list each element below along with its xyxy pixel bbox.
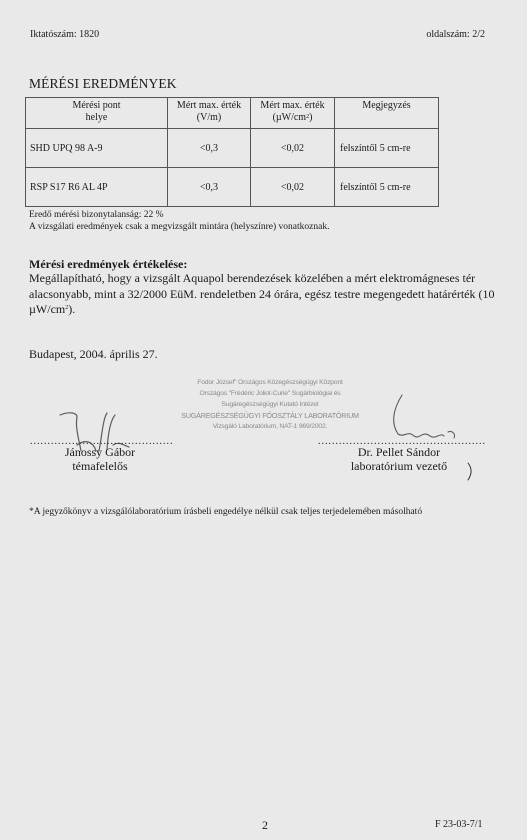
- place-and-date: Budapest, 2004. április 27.: [29, 347, 158, 362]
- uncertainty-text: Eredő mérési bizonytalanság: 22 %: [29, 209, 329, 221]
- section-title: MÉRÉSI EREDMÉNYEK: [29, 76, 177, 92]
- stamp-line: Országos "Frédéric Joliot-Curie" Sugárbi…: [170, 388, 370, 399]
- uncertainty-notes: Eredő mérési bizonytalanság: 22 % A vizs…: [29, 209, 329, 233]
- cell-power-density: <0,02: [251, 168, 335, 207]
- stamp-line: Vizsgáló Laboratórium, NAT-1 969/2002.: [170, 421, 370, 432]
- signatory-role: témafelelős: [44, 459, 156, 473]
- header-line: Mért max. érték: [177, 100, 241, 111]
- stamp-line: Sugáregészségügyi Kutató Intézet: [170, 399, 370, 410]
- signatory-left: Jánossy Gábor témafelelős: [44, 445, 156, 473]
- signatory-right: Dr. Pellet Sándor laboratórium vezető: [318, 445, 480, 473]
- cell-location: SHD UPQ 98 A-9: [26, 129, 168, 168]
- evaluation-body: Megállapítható, hogy a vizsgált Aquapol …: [29, 271, 509, 318]
- laboratory-stamp: Fodor József" Országos Közegészségügyi K…: [170, 377, 370, 432]
- header-line: ): [309, 112, 312, 123]
- scope-note: A vizsgálati eredmények csak a megvizsgá…: [29, 221, 329, 233]
- evaluation-title: Mérési eredmények értékelése:: [29, 257, 187, 272]
- signatory-name: Dr. Pellet Sándor: [318, 445, 480, 459]
- stamp-line: Fodor József" Országos Közegészségügyi K…: [170, 377, 370, 388]
- cell-power-density: <0,02: [251, 129, 335, 168]
- cell-note: felszíntől 5 cm-re: [335, 129, 439, 168]
- signatory-role: laboratórium vezető: [318, 459, 480, 473]
- copy-restriction-footnote: *A jegyzőkönyv a vizsgálólaboratórium ír…: [29, 507, 422, 517]
- column-header-power-density: Mért max. érték (µW/cm2): [251, 98, 335, 129]
- cell-field-strength: <0,3: [168, 168, 251, 207]
- signature-right-icon: [390, 392, 470, 442]
- table-row: RSP S17 R6 AL 4P <0,3 <0,02 felszíntől 5…: [26, 168, 439, 207]
- results-table: Mérési pont helye Mért max. érték (V/m) …: [25, 97, 439, 207]
- table-row: SHD UPQ 98 A-9 <0,3 <0,02 felszíntől 5 c…: [26, 129, 439, 168]
- page-number: 2: [262, 818, 268, 833]
- header-line: (µW/cm: [273, 112, 307, 123]
- stamp-line: SUGÁREGÉSZSÉGÜGYI FŐOSZTÁLY LABORATÓRIUM: [170, 410, 370, 421]
- header-line: Megjegyzés: [362, 100, 410, 111]
- evaluation-text-end: ).: [68, 302, 75, 316]
- table-header-row: Mérési pont helye Mért max. érték (V/m) …: [26, 98, 439, 129]
- column-header-field-strength: Mért max. érték (V/m): [168, 98, 251, 129]
- cell-field-strength: <0,3: [168, 129, 251, 168]
- superscript: 2: [306, 114, 309, 120]
- column-header-location: Mérési pont helye: [26, 98, 168, 129]
- form-code: F 23-03-7/1: [435, 819, 483, 830]
- registration-number: Iktatószám: 1820: [30, 29, 99, 40]
- header-line: Mérési pont: [72, 100, 120, 111]
- header-line: (V/m): [197, 112, 221, 123]
- signatory-name: Jánossy Gábor: [44, 445, 156, 459]
- cell-location: RSP S17 R6 AL 4P: [26, 168, 168, 207]
- superscript: 2: [65, 305, 68, 311]
- cell-note: felszíntől 5 cm-re: [335, 168, 439, 207]
- page-indicator: oldalszám: 2/2: [426, 29, 485, 40]
- column-header-note: Megjegyzés: [335, 98, 439, 129]
- evaluation-text: Megállapítható, hogy a vizsgált Aquapol …: [29, 271, 495, 316]
- header-line: Mért max. érték: [260, 100, 324, 111]
- header-line: helye: [86, 112, 108, 123]
